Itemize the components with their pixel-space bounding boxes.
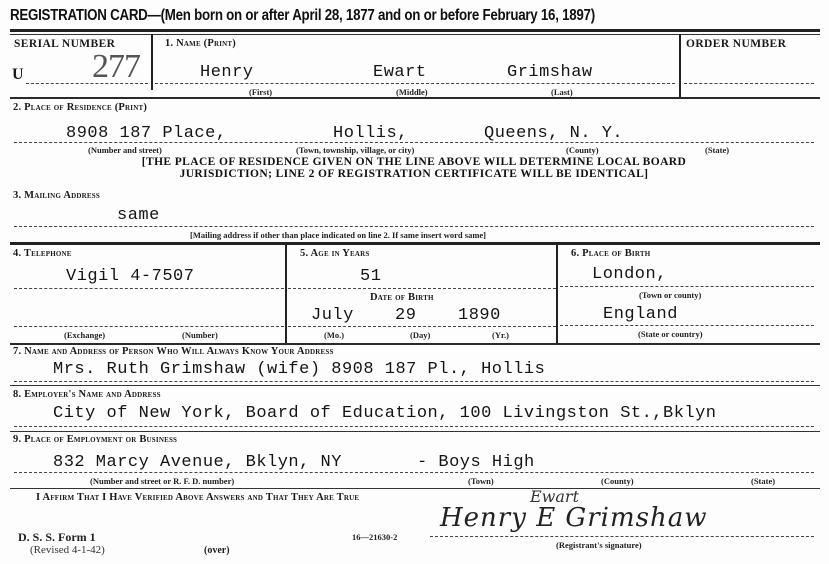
- age-value: 51: [360, 267, 381, 286]
- residence-notice-line2: JURISDICTION; LINE 2 OF REGISTRATION CER…: [64, 168, 764, 180]
- name-first: Henry: [200, 63, 254, 82]
- telephone-label: 4. Telephone: [13, 248, 72, 259]
- residence-street: 8908 187 Place,: [66, 124, 227, 143]
- serial-number-value: 277: [92, 48, 140, 86]
- employer-value: City of New York, Board of Education, 10…: [53, 404, 717, 423]
- name-first-caption: (First): [249, 87, 272, 97]
- residence-county: Queens, N. Y.: [484, 124, 623, 143]
- contact-line: [14, 381, 814, 382]
- employment-county-caption: (County): [601, 476, 634, 486]
- employment-place-street: 832 Marcy Avenue, Bklyn, NY: [53, 453, 342, 472]
- title-rule: [10, 29, 820, 32]
- order-divider: [679, 34, 681, 98]
- residence-label: 2. Place of Residence (Print): [13, 102, 147, 113]
- birthplace-country-line: [560, 325, 814, 326]
- form-over: (over): [204, 545, 230, 556]
- residence-notice-line1: [THE PLACE OF RESIDENCE GIVEN ON THE LIN…: [64, 156, 764, 168]
- dob-line: [288, 326, 556, 327]
- telephone-number-caption: (Number): [182, 330, 218, 340]
- title-rule-thin: [10, 34, 820, 35]
- row9-rule: [10, 488, 820, 489]
- telephone-exchange-caption: (Exchange): [64, 330, 105, 340]
- mailing-address-caption: [Mailing address if other than place ind…: [190, 230, 486, 240]
- mailing-line: [14, 226, 814, 227]
- registrant-signature: Henry E Grimshaw: [440, 503, 707, 533]
- serial-divider: [151, 34, 153, 90]
- employer-line: [14, 426, 814, 427]
- registration-card: REGISTRATION CARD—(Men born on or after …: [0, 0, 829, 564]
- employment-place-label: 9. Place of Employment or Business: [13, 434, 177, 445]
- birthplace-town: London,: [592, 265, 667, 284]
- row7-rule: [10, 385, 820, 386]
- serial-prefix: U: [12, 66, 24, 84]
- dob-day-caption: (Day): [410, 330, 430, 340]
- card-title: REGISTRATION CARD—(Men born on or after …: [10, 7, 595, 25]
- order-number-label: ORDER NUMBER: [686, 38, 786, 50]
- age-line: [288, 288, 556, 289]
- signature-line: [430, 536, 814, 537]
- affirmation-text: I Affirm That I Have Verified Above Answ…: [36, 492, 359, 503]
- dob-year-caption: (Yr.): [492, 330, 509, 340]
- residence-street-caption: (Number and street): [88, 145, 162, 155]
- contact-label: 7. Name and Address of Person Who Will A…: [13, 346, 334, 357]
- dob-year: 1890: [458, 306, 501, 325]
- employment-state-caption: (State): [751, 476, 775, 486]
- residence-county-caption: (County): [566, 145, 599, 155]
- name-last-caption: (Last): [551, 87, 573, 97]
- name-line: [155, 83, 675, 84]
- birthplace-town-line: [560, 286, 814, 287]
- row4-rule: [10, 343, 820, 345]
- signature-caption: (Registrant's signature): [556, 540, 642, 550]
- employment-street-caption: (Number and street or R. F. D. number): [90, 476, 234, 486]
- residence-town-caption: (Town, township, village, or city): [296, 145, 414, 155]
- residence-town: Hollis,: [333, 124, 408, 143]
- serial-line: [26, 83, 148, 84]
- row8-rule: [10, 431, 820, 432]
- name-middle: Ewart: [373, 63, 427, 82]
- place-of-birth-label: 6. Place of Birth: [571, 248, 650, 259]
- employment-place-town: - Boys High: [417, 453, 535, 472]
- form-print-code: 16—21630-2: [352, 532, 397, 542]
- employer-label: 8. Employer's Name and Address: [13, 389, 161, 400]
- age-label: 5. Age in Years: [300, 248, 370, 259]
- birthplace-town-caption: (Town or county): [639, 290, 701, 300]
- mailing-address-value: same: [117, 206, 160, 225]
- birthplace-country: England: [603, 305, 678, 324]
- telephone-line: [14, 288, 284, 289]
- name-last: Grimshaw: [507, 63, 593, 82]
- form-name: D. S. S. Form 1: [18, 530, 96, 545]
- residence-line: [14, 142, 814, 143]
- name-middle-caption: (Middle): [396, 87, 428, 97]
- dob-month: July: [311, 306, 354, 325]
- telephone-line-2: [14, 326, 284, 327]
- order-number-line: [684, 83, 814, 84]
- form-revised: (Revised 4-1-42): [30, 544, 105, 556]
- employment-place-line: [14, 472, 814, 473]
- age-divider: [556, 244, 558, 344]
- date-of-birth-label: Date of Birth: [370, 292, 434, 303]
- telephone-divider: [285, 244, 287, 344]
- contact-value: Mrs. Ruth Grimshaw (wife) 8908 187 Pl., …: [53, 360, 545, 379]
- dob-day: 29: [395, 306, 416, 325]
- mailing-address-label: 3. Mailing Address: [13, 190, 100, 201]
- row3-rule: [10, 242, 820, 245]
- dob-month-caption: (Mo.): [324, 330, 344, 340]
- birthplace-country-caption: (State or country): [638, 329, 703, 339]
- row1-rule: [10, 97, 820, 99]
- employment-town-caption: (Town): [468, 476, 494, 486]
- name-label: 1. Name (Print): [165, 38, 236, 49]
- telephone-value: Vigil 4-7507: [66, 267, 194, 286]
- residence-state-caption: (State): [705, 145, 729, 155]
